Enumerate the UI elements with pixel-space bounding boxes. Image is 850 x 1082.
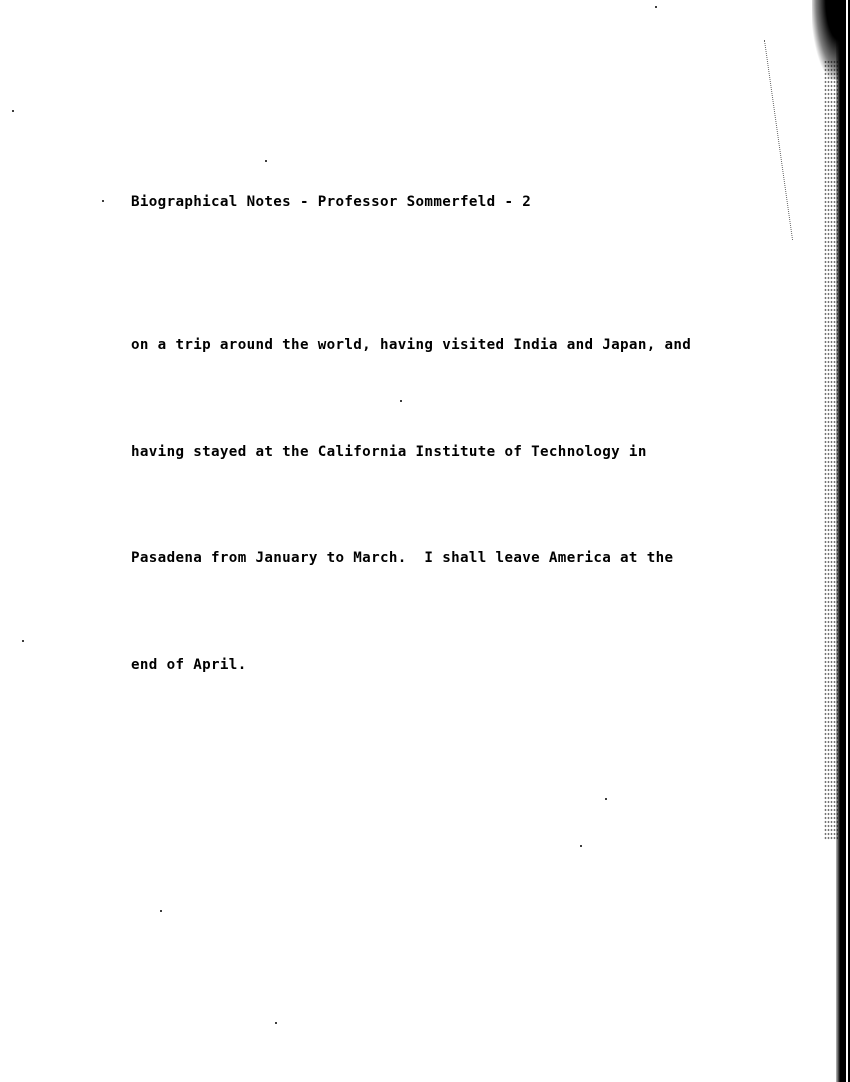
scan-speck	[160, 910, 162, 912]
scan-speck	[12, 110, 14, 112]
body-line: end of April.	[131, 648, 691, 684]
scan-speck	[400, 400, 402, 402]
scan-speck	[22, 640, 24, 642]
scan-speck	[102, 200, 104, 202]
scanned-page: Biographical Notes - Professor Sommerfel…	[0, 0, 850, 1082]
body-line: on a trip around the world, having visit…	[131, 328, 691, 364]
page-heading: Biographical Notes - Professor Sommerfel…	[131, 192, 531, 212]
body-paragraph: on a trip around the world, having visit…	[131, 257, 691, 754]
scan-dark-strip	[836, 0, 846, 1082]
scan-speck	[605, 798, 607, 800]
body-line: Pasadena from January to March. I shall …	[131, 541, 691, 577]
scan-speck	[265, 160, 267, 162]
scan-speck	[655, 6, 657, 8]
body-line: having stayed at the California Institut…	[131, 435, 691, 471]
scan-speck	[275, 1022, 277, 1024]
scan-border-edge	[808, 0, 850, 1082]
scan-speck	[580, 845, 582, 847]
